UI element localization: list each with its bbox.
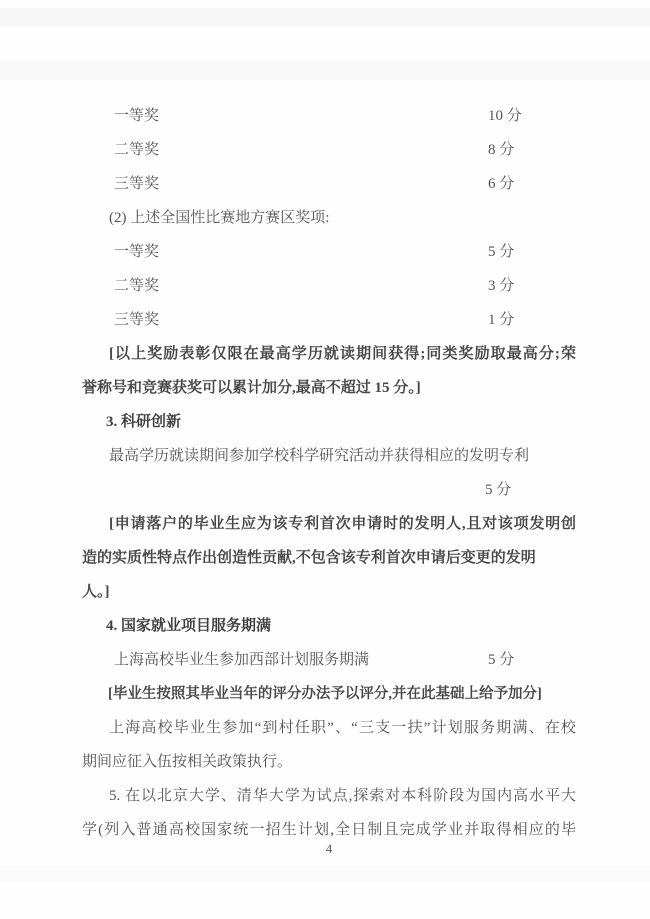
body-paragraph-line: 5. 在以北京大学、清华大学为试点,探索对本科阶段为国内高水平大 xyxy=(82,779,576,813)
section-heading: 4. 国家就业项目服务期满 xyxy=(82,609,576,643)
document-body: 一等奖 10 分 二等奖 8 分 三等奖 6 分 (2) 上述全国性比赛地方赛区… xyxy=(82,99,576,859)
section-heading: 3. 科研创新 xyxy=(82,405,576,439)
award-level-label: 三等奖 xyxy=(82,312,159,328)
award-level-label: 一等奖 xyxy=(82,244,159,260)
award-score-value: 10 分 xyxy=(488,99,522,133)
award-score-row: 二等奖 8 分 xyxy=(82,133,576,167)
award-level-label: 二等奖 xyxy=(82,278,159,294)
award-item-label: 上海高校毕业生参加西部计划服务期满 xyxy=(82,652,369,668)
scan-artifact-band xyxy=(0,60,650,80)
award-score-row: 二等奖 3 分 xyxy=(82,269,576,303)
award-score-value: 3 分 xyxy=(488,269,514,303)
award-score-row: 三等奖 1 分 xyxy=(82,303,576,337)
award-score-value: 1 分 xyxy=(488,303,514,337)
award-level-label: 一等奖 xyxy=(82,108,159,124)
award-score-value: 5 分 xyxy=(488,235,514,269)
note-paragraph-line: 人。] xyxy=(82,575,576,609)
award-score-value: 5 分 xyxy=(488,643,514,677)
note-paragraph-line: [申请落户的毕业生应为该专利首次申请时的发明人,且对该项发明创 xyxy=(82,507,576,541)
body-paragraph: 最高学历就读期间参加学校科学研究活动并获得相应的发明专利 xyxy=(82,439,576,473)
scan-artifact-band xyxy=(0,8,650,26)
body-paragraph-line: 上海高校毕业生参加“到村任职”、“三支一扶”计划服务期满、在校 xyxy=(82,711,576,745)
note-paragraph-line: 誉称号和竞赛获奖可以累计加分,最高不超过 15 分。] xyxy=(82,371,576,405)
note-paragraph-line: 造的实质性特点作出创造性贡献,不包含该专利首次申请后变更的发明 xyxy=(82,541,576,575)
award-score-value: 8 分 xyxy=(488,133,514,167)
award-score-row: 一等奖 10 分 xyxy=(82,99,576,133)
award-score-value: 6 分 xyxy=(488,167,514,201)
score-value-line: 5 分 xyxy=(82,473,576,507)
scan-artifact-band xyxy=(0,866,650,882)
body-paragraph: (2) 上述全国性比赛地方赛区奖项: xyxy=(82,201,576,235)
award-score-row: 三等奖 6 分 xyxy=(82,167,576,201)
document-page: 一等奖 10 分 二等奖 8 分 三等奖 6 分 (2) 上述全国性比赛地方赛区… xyxy=(0,0,650,919)
award-level-label: 三等奖 xyxy=(82,176,159,192)
body-paragraph-line: 期间应征入伍按相关政策执行。 xyxy=(82,745,576,779)
note-paragraph-line: [毕业生按照其毕业当年的评分办法予以评分,并在此基础上给予加分] xyxy=(82,677,576,711)
award-level-label: 二等奖 xyxy=(82,142,159,158)
award-score-row: 一等奖 5 分 xyxy=(82,235,576,269)
award-score-row: 上海高校毕业生参加西部计划服务期满 5 分 xyxy=(82,643,576,677)
note-paragraph-line: [以上奖励表彰仅限在最高学历就读期间获得;同类奖励取最高分;荣 xyxy=(82,337,576,371)
